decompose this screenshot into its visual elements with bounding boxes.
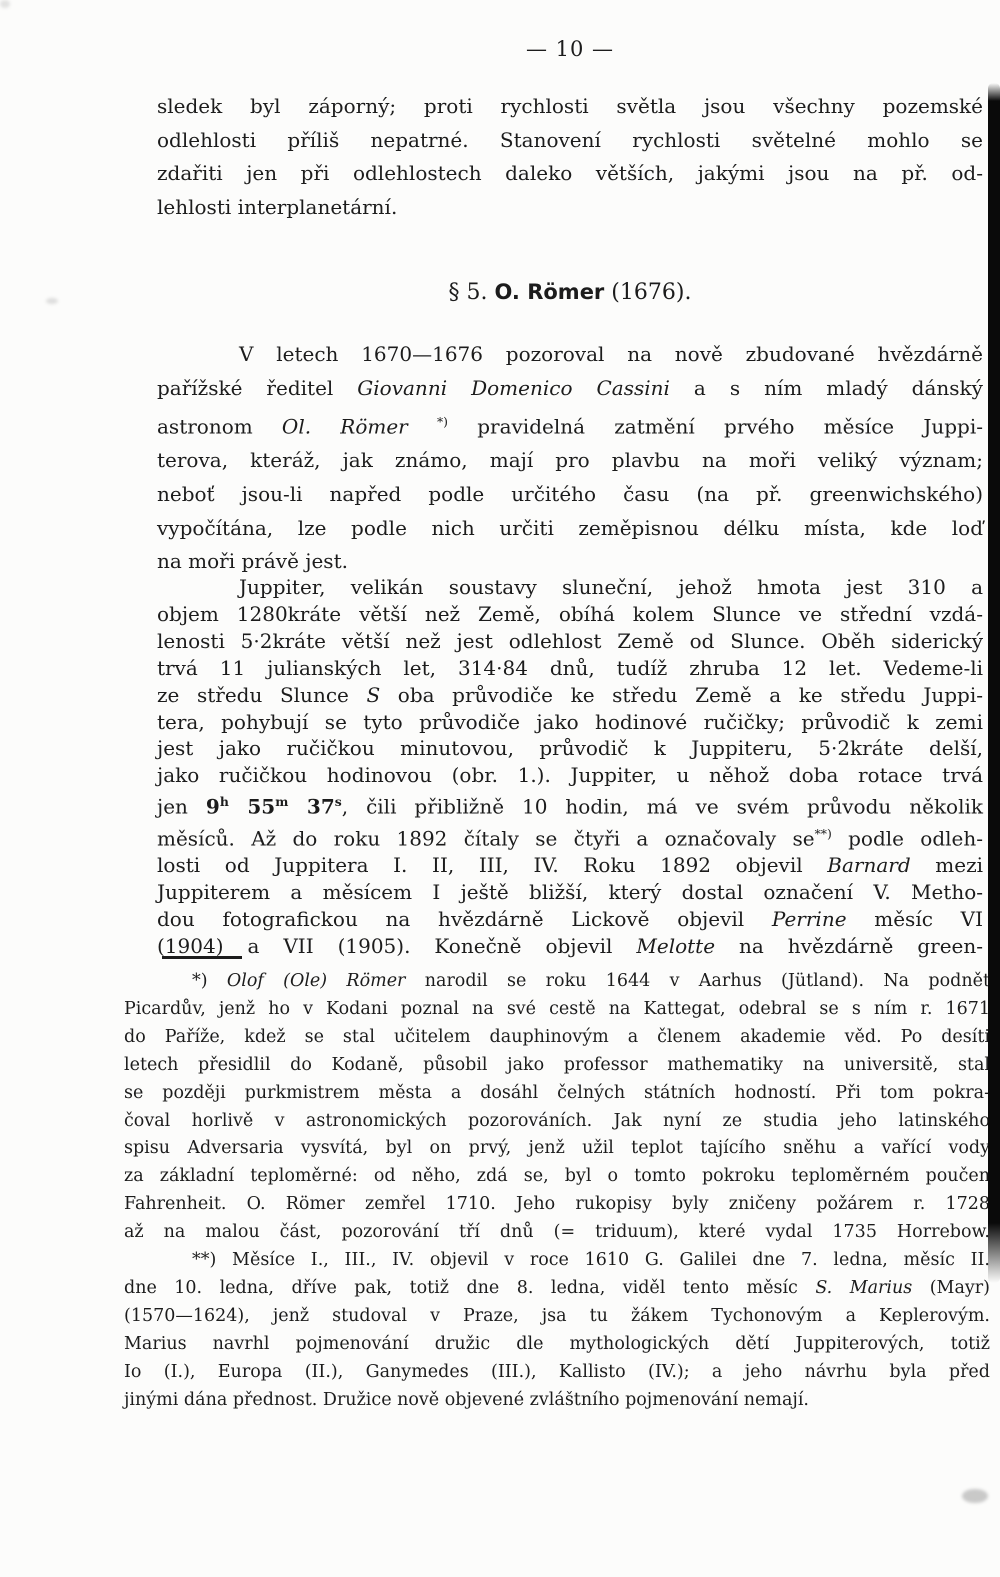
text-line: Fahrenheit. O. Römer zemřel 1710. Jeho r…	[124, 1191, 990, 1219]
scan-smudge	[46, 298, 58, 304]
text-line: jen 9h 55m 37s, čili přibližně 10 hodin,…	[157, 789, 983, 821]
footnote: **) Měsíce I., III., IV. objevil v roce …	[124, 1247, 990, 1414]
text-line: pařížské ředitel Giovanni Domenico Cassi…	[157, 372, 983, 406]
text-line: dne 10. ledna, dříve pak, totiž dne 8. l…	[124, 1275, 990, 1303]
text-line: **) Měsíce I., III., IV. objevil v roce …	[124, 1247, 990, 1275]
text-line: se později purkmistrem města a dosáhl če…	[124, 1080, 990, 1108]
text-line: jako ručičkou hodinovou (obr. 1.). Juppi…	[157, 762, 983, 789]
text-line: Picardův, jenž ho v Kodani poznal na své…	[124, 996, 990, 1024]
text-line: lehlosti interplanetární.	[157, 191, 983, 225]
scanned-book-page: — 10 — sledek byl záporný; proti rychlos…	[0, 0, 1000, 1577]
paragraph-continuation: sledek byl záporný; proti rychlosti svět…	[157, 90, 983, 224]
text-line: neboť jsou-li napřed podle určitého času…	[157, 478, 983, 512]
section-number: § 5.	[449, 280, 495, 305]
text-line: čoval horlivě v astronomických pozorován…	[124, 1108, 990, 1136]
text-line: sledek byl záporný; proti rychlosti svět…	[157, 90, 983, 124]
text-line: až na malou část, pozorování tří dnů (= …	[124, 1219, 990, 1247]
text-line: dou fotografickou na hvězdárně Lickově o…	[157, 906, 983, 933]
scan-smudge	[962, 1489, 988, 1503]
paragraph: Juppiter, velikán soustavy sluneční, jeh…	[157, 574, 983, 960]
footnote-separator	[162, 956, 242, 959]
paragraph: V letech 1670—1676 pozoroval na nově zbu…	[157, 338, 983, 579]
text-line: jinými dána přednost. Družice nově objev…	[124, 1387, 990, 1415]
text-line: Juppiterem a měsícem I ještě bližší, kte…	[157, 879, 983, 906]
section-year: (1676).	[604, 280, 691, 305]
text-line: V letech 1670—1676 pozoroval na nově zbu…	[157, 338, 983, 372]
text-line: Io (I.), Europa (II.), Ganymedes (III.),…	[124, 1359, 990, 1387]
text-line: měsíců. Až do roku 1892 čítaly se čtyři …	[157, 821, 983, 853]
text-line: jest jako ručičkou minutovou, průvodič k…	[157, 735, 983, 762]
text-line: Marius navrhl pojmenování družic dle myt…	[124, 1331, 990, 1359]
text-line: losti od Juppitera I. II, III, IV. Roku …	[157, 852, 983, 879]
section-heading: § 5. O. Römer (1676).	[157, 278, 983, 307]
text-line: zdařiti jen při odlehlostech daleko větš…	[157, 157, 983, 191]
text-line: odlehlosti příliš nepatrné. Stanovení ry…	[157, 124, 983, 158]
scan-edge-artifact	[988, 83, 1000, 1283]
text-line: vypočítána, lze podle nich určiti zeměpi…	[157, 512, 983, 546]
text-line: Juppiter, velikán soustavy sluneční, jeh…	[157, 574, 983, 601]
text-line: spisu Adversaria vysvítá, byl on prvý, j…	[124, 1135, 990, 1163]
text-line: tera, pohybují se tyto průvodiče jako ho…	[157, 709, 983, 736]
section-title: O. Römer	[495, 280, 605, 304]
text-line: letech přesidlil do Kodaně, působil jako…	[124, 1052, 990, 1080]
text-line: ze středu Slunce S oba průvodiče ke stře…	[157, 682, 983, 709]
text-line: lenosti 5·2kráte větší než jest odlehlos…	[157, 628, 983, 655]
text-line: terova, kteráž, jak známo, mají pro plav…	[157, 444, 983, 478]
scan-smudge	[0, 0, 10, 8]
text-line: za základní teploměrné: od něho, zdá se,…	[124, 1163, 990, 1191]
text-line: objem 1280kráte větší než Země, obíhá ko…	[157, 601, 983, 628]
text-line: astronom Ol. Römer *) pravidelná zatmění…	[157, 405, 983, 444]
text-line: (1570—1624), jenž studoval v Praze, jsa …	[124, 1303, 990, 1331]
text-line: *) Olof (Ole) Römer narodil se roku 1644…	[124, 968, 990, 996]
page-number: — 10 —	[157, 36, 983, 62]
footnote: *) Olof (Ole) Römer narodil se roku 1644…	[124, 968, 990, 1247]
footnotes-block: *) Olof (Ole) Römer narodil se roku 1644…	[124, 968, 990, 1415]
text-line: do Paříže, kdež se stal učitelem dauphin…	[124, 1024, 990, 1052]
text-line: (1904) a VII (1905). Konečně objevil Mel…	[157, 933, 983, 960]
text-line: trvá 11 julianských let, 314·84 dnů, tud…	[157, 655, 983, 682]
